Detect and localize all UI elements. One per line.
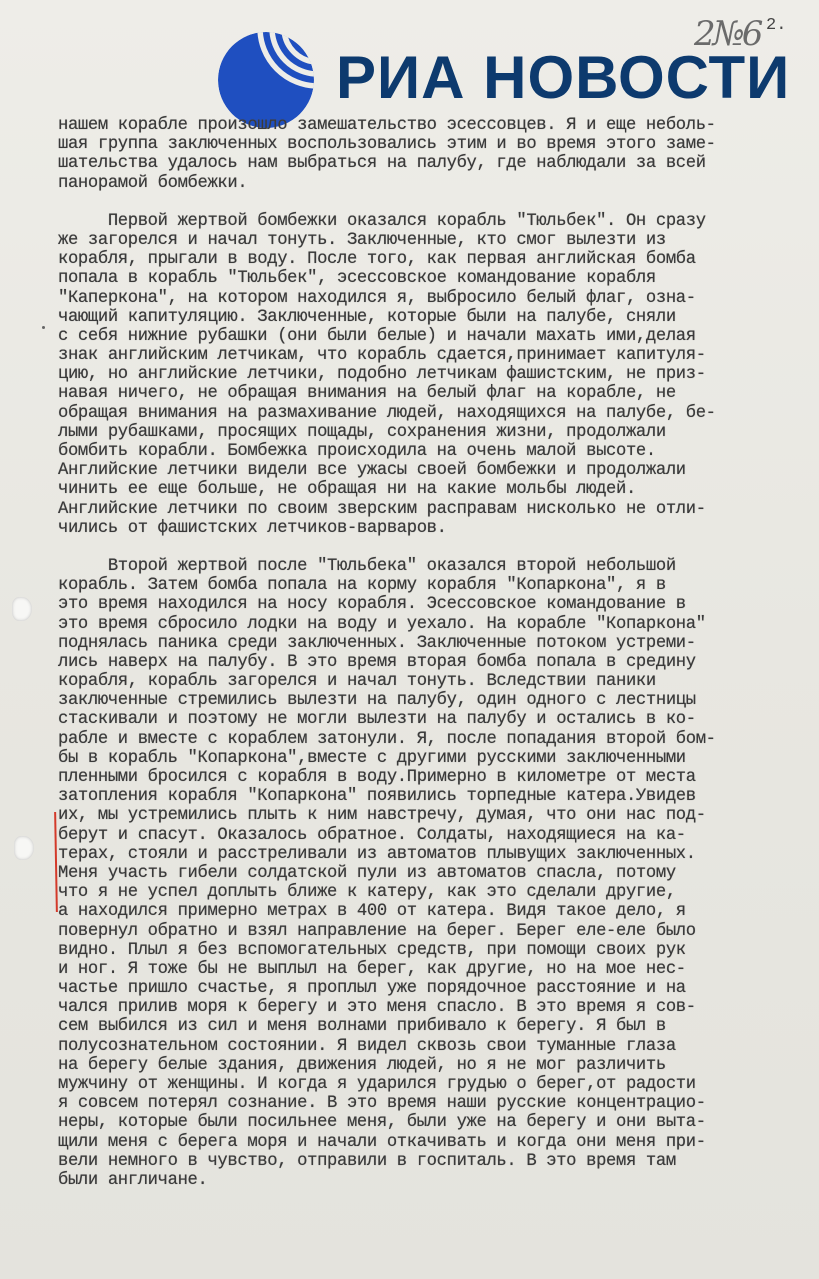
text-line: корабль. Затем бомба попала на корму кор… — [58, 576, 818, 595]
text-line: знак английским летчикам, что корабль сд… — [58, 346, 818, 365]
document-page: РИА НОВОСТИ 2№6 2. нашем корабле произош… — [0, 0, 819, 1279]
text-line: стаскивали и поэтому не могли вылезти на… — [58, 710, 818, 729]
handwritten-annotation: 2№6 — [694, 14, 760, 54]
text-line: бомбить корабли. Бомбежка происходила на… — [58, 442, 818, 461]
text-line: Английские летчики по своим зверским рас… — [58, 500, 818, 519]
text-line: вели немного в чувство, отправили в госп… — [58, 1152, 818, 1171]
text-line: панорамой бомбежки. — [58, 174, 818, 193]
text-line: чились от фашистских летчиков-варваров. — [58, 519, 818, 538]
text-line: это время сбросило лодки на воду и уехал… — [58, 615, 818, 634]
page-number: 2. — [766, 16, 786, 35]
text-line: лись наверх на палубу. В это время втора… — [58, 653, 818, 672]
text-line: на берегу белые здания, движения людей, … — [58, 1056, 818, 1075]
text-line: бы в корабль "Копаркона",вместе с другим… — [58, 749, 818, 768]
paragraph: Первой жертвой бомбежки оказался корабль… — [58, 212, 818, 538]
text-line: Второй жертвой после "Тюльбека" оказался… — [58, 557, 818, 576]
brand-name: РИА НОВОСТИ — [336, 48, 790, 108]
text-line: видно. Плыл я без вспомогательных средст… — [58, 941, 818, 960]
ink-speck — [42, 326, 45, 329]
text-line: с себя нижние рубашки (они были белые) и… — [58, 327, 818, 346]
text-line: я совсем потерял сознание. В это время н… — [58, 1094, 818, 1113]
text-line: что я не успел доплыть ближе к катеру, к… — [58, 883, 818, 902]
text-line: это время находился на носу корабля. Эсе… — [58, 595, 818, 614]
text-line: терах, стояли и расстреливали из автомат… — [58, 845, 818, 864]
text-line: чался прилив моря к берегу и это меня сп… — [58, 998, 818, 1017]
text-line: были англичане. — [58, 1171, 818, 1190]
text-line: Английские летчики видели все ужасы свое… — [58, 461, 818, 480]
text-line: шательства удалось нам выбраться на палу… — [58, 154, 818, 173]
text-line: поднялась паника среди заключенных. Закл… — [58, 634, 818, 653]
text-line: затопления корабля "Копаркона" появились… — [58, 787, 818, 806]
ria-globe-icon — [218, 28, 318, 128]
text-line: повернул обратно и взял направление на б… — [58, 922, 818, 941]
text-line: обращая внимания на размахивание людей, … — [58, 404, 818, 423]
text-line: щили меня с берега моря и начали откачив… — [58, 1133, 818, 1152]
text-line: попала в корабль "Тюльбек", эсессовское … — [58, 269, 818, 288]
text-line: "Каперкона", на котором находился я, выб… — [58, 289, 818, 308]
text-line: сем выбился из сил и меня волнами прибив… — [58, 1017, 818, 1036]
text-line: пленными бросился с корабля в воду.Приме… — [58, 768, 818, 787]
text-line: и ног. Я тоже бы не выплыл на берег, как… — [58, 960, 818, 979]
text-line: чинить ее еще больше, не обращая ни на к… — [58, 480, 818, 499]
punch-hole — [12, 597, 32, 621]
text-line: нашем корабле произошло замешательство э… — [58, 116, 818, 135]
text-line: же загорелся и начал тонуть. Заключенные… — [58, 231, 818, 250]
text-line: лыми рубашками, просящих пощады, сохране… — [58, 423, 818, 442]
text-line: берут и спасут. Оказалось обратное. Солд… — [58, 826, 818, 845]
text-line: мужчину от женщины. И когда я ударился г… — [58, 1075, 818, 1094]
paragraph: Второй жертвой после "Тюльбека" оказался… — [58, 557, 818, 1190]
text-line: Первой жертвой бомбежки оказался корабль… — [58, 212, 818, 231]
punch-hole — [14, 836, 34, 860]
text-line: чающий капитуляцию. Заключенные, которые… — [58, 308, 818, 327]
text-line: их, мы устремились плыть к ним навстречу… — [58, 806, 818, 825]
paragraph: нашем корабле произошло замешательство э… — [58, 116, 818, 193]
text-line: корабля, прыгали в воду. После того, как… — [58, 250, 818, 269]
text-line: шая группа заключенных воспользовались э… — [58, 135, 818, 154]
text-line: рабле и вместе с кораблем затонули. Я, п… — [58, 730, 818, 749]
text-line: Меня участь гибели солдатской пули из ав… — [58, 864, 818, 883]
text-line: частье пришло счастье, я проплыл уже пор… — [58, 979, 818, 998]
text-line: неры, которые были посильнее меня, были … — [58, 1113, 818, 1132]
text-line: а находился примерно метрах в 400 от кат… — [58, 902, 818, 921]
text-line: заключенные стремились вылезти на палубу… — [58, 691, 818, 710]
text-line: корабля, корабль загорелся и начал тонут… — [58, 672, 818, 691]
typewritten-text: нашем корабле произошло замешательство э… — [58, 116, 818, 1190]
text-line: навая ничего, не обращая внимания на бел… — [58, 384, 818, 403]
text-line: цию, но английские летчики, подобно летч… — [58, 365, 818, 384]
text-line: полусознательном состоянии. Я видел скво… — [58, 1037, 818, 1056]
